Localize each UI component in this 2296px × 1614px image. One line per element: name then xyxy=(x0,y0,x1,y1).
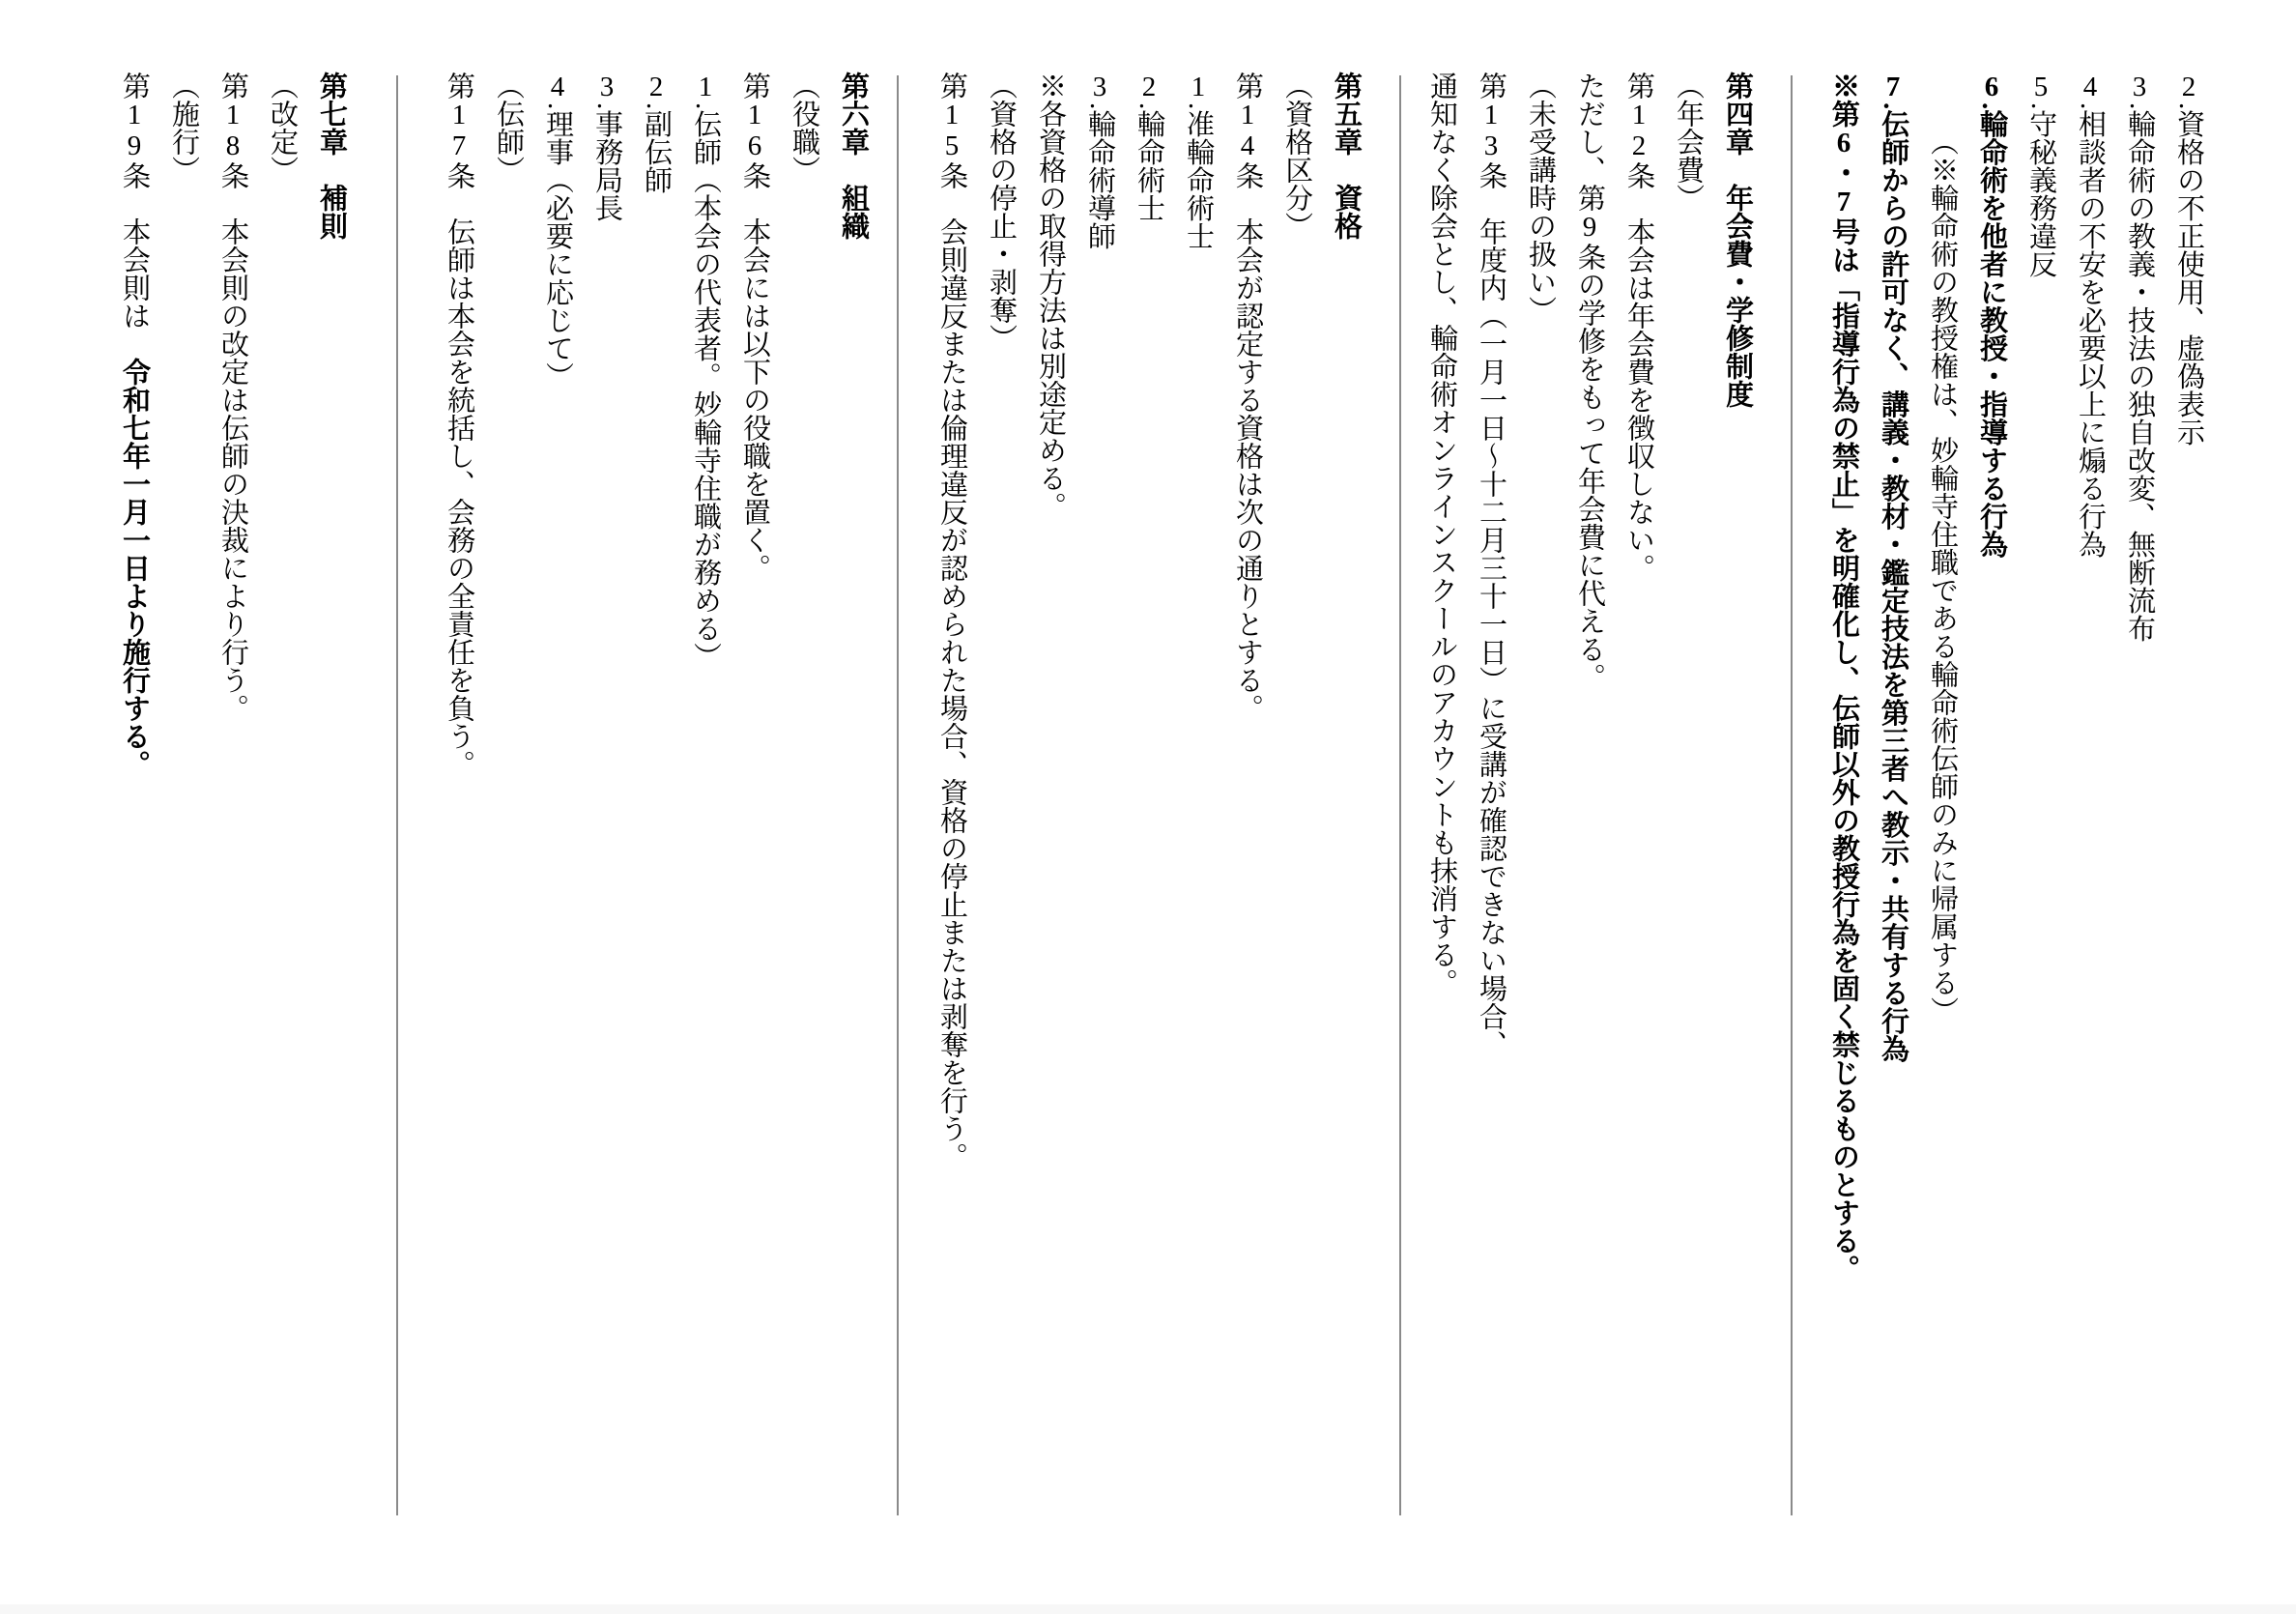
text-run: 3.事務局長 xyxy=(591,72,622,221)
text-run: 4.相談者の不安を必要以上に煽る行為 xyxy=(2075,72,2106,558)
page-chapter-7: 第七章 補則（改定）第18条 本会則の改定は伝師の決裁により行う。（施行）第19… xyxy=(0,0,396,1614)
document-sheet: 2.資格の不正使用、虚偽表示3.輪命術の教義・技法の独自改変、無断流布4.相談者… xyxy=(0,0,2296,1614)
chapter-heading: 第四章 年会費・学修制度 xyxy=(1712,72,1762,1614)
page-chapter-5: 第五章 資格（資格区分）第14条 本会が認定する資格は次の通りとする。1.准輪命… xyxy=(899,0,1399,1614)
text-run: 2.輪命術士 xyxy=(1134,72,1164,221)
text-run: 第13条 年度内（一月一日～十二月三十一日）に受講が確認できない場合、 xyxy=(1476,72,1507,1058)
text-run: 第六章 組織 xyxy=(838,72,869,240)
text-run: 1.伝師（本会の代表者。妙輪寺住職が務める） xyxy=(690,72,721,670)
list-item: 4.相談者の不安を必要以上に煽る行為 xyxy=(2065,72,2114,1614)
list-item: 2.副伝師 xyxy=(631,72,680,1614)
text-run: 2.副伝師 xyxy=(641,72,672,193)
section-label: （未受講時の扱い） xyxy=(1515,72,1564,1614)
list-item: 3.輪命術の教義・技法の独自改変、無断流布 xyxy=(2114,72,2164,1614)
note-text: （※輪命術の教授権は、妙輪寺住職である輪命術伝師のみに帰属する） xyxy=(1917,72,1966,1614)
text-run: 第14条 本会が認定する資格は次の通りとする。 xyxy=(1232,72,1263,722)
text-run: 第18条 本会則の改定は伝師の決裁により行う。 xyxy=(217,72,248,722)
bottom-edge-shade xyxy=(0,1604,2296,1614)
text-run: 第七章 補則 xyxy=(316,72,347,240)
text-run: ただし、第9条の学修をもって年会費に代える。 xyxy=(1574,72,1605,691)
text-run: 第12条 本会は年会費を徴収しない。 xyxy=(1623,72,1654,582)
article-text: 第15条 会則違反または倫理違反が認められた場合、資格の停止または剥奪を行う。 xyxy=(927,72,976,1614)
page-prohibited-acts: 2.資格の不正使用、虚偽表示3.輪命術の教義・技法の独自改変、無断流布4.相談者… xyxy=(1793,0,2296,1614)
section-label: （資格区分） xyxy=(1272,72,1321,1614)
text-run: （※輪命術の教授権は、妙輪寺住職である輪命術伝師のみに帰属する） xyxy=(1927,128,1958,1024)
text-run: ※各資格の取得方法は別途定める。 xyxy=(1035,72,1066,520)
list-item: 7.伝師からの許可なく、講義・教材・鑑定技法を第三者へ教示・共有する行為 xyxy=(1868,72,1917,1614)
article-text: 第19条 本会則は 令和七年一月一日より施行する。 xyxy=(109,72,158,1614)
text-run: 1.准輪命術士 xyxy=(1183,72,1214,249)
text-run: 3.輪命術の教義・技法の独自改変、無断流布 xyxy=(2124,72,2155,642)
document-canvas: 2.資格の不正使用、虚偽表示3.輪命術の教義・技法の独自改変、無断流布4.相談者… xyxy=(0,0,2296,1614)
article-text: 第17条 伝師は本会を統括し、会務の全責任を負う。 xyxy=(434,72,483,1614)
section-label: （伝師） xyxy=(483,72,532,1614)
article-text: ただし、第9条の学修をもって年会費に代える。 xyxy=(1564,72,1614,1614)
list-item: 5.守秘義務違反 xyxy=(2016,72,2065,1614)
text-run: 第17条 伝師は本会を統括し、会務の全責任を負う。 xyxy=(444,72,474,778)
list-item: 2.輪命術士 xyxy=(1124,72,1173,1614)
text-run: （伝師） xyxy=(493,72,524,184)
chapter-heading: 第七章 補則 xyxy=(306,72,356,1614)
list-item: 3.輪命術導師 xyxy=(1075,72,1124,1614)
page-chapter-4: 第四章 年会費・学修制度（年会費）第12条 本会は年会費を徴収しない。ただし、第… xyxy=(1401,0,1791,1614)
article-text: 第18条 本会則の改定は伝師の決裁により行う。 xyxy=(208,72,257,1614)
section-label: （改定） xyxy=(257,72,306,1614)
section-label: （役職） xyxy=(779,72,828,1614)
page-chapter-6: 第六章 組織（役職）第16条 本会には以下の役職を置く。1.伝師（本会の代表者。… xyxy=(398,0,897,1614)
text-run: 第五章 資格 xyxy=(1331,72,1362,240)
text-run: （資格区分） xyxy=(1281,72,1312,240)
text-run: 第15条 会則違反または倫理違反が認められた場合、資格の停止または剥奪を行う。 xyxy=(936,72,967,1170)
list-item: 4.理事（必要に応じて） xyxy=(532,72,582,1614)
article-text: 第14条 本会が認定する資格は次の通りとする。 xyxy=(1222,72,1272,1614)
text-run: 第四章 年会費・学修制度 xyxy=(1722,72,1753,408)
text-run: 通知なく除会とし、輪命術オンラインスクールのアカウントも抹消する。 xyxy=(1426,72,1457,996)
text-run: 第16条 本会には以下の役職を置く。 xyxy=(739,72,770,582)
article-text: 第16条 本会には以下の役職を置く。 xyxy=(730,72,779,1614)
chapter-heading: 第六章 組織 xyxy=(828,72,877,1614)
article-text: 第12条 本会は年会費を徴収しない。 xyxy=(1614,72,1663,1614)
text-run: 令和七年一月一日より施行する。 xyxy=(119,358,150,778)
text-run: 3.輪命術導師 xyxy=(1084,72,1115,249)
text-run: （未受講時の扱い） xyxy=(1525,72,1556,324)
list-item: 2.資格の不正使用、虚偽表示 xyxy=(2164,72,2213,1614)
text-run: 第19条 本会則は xyxy=(119,72,150,358)
note-text: ※第6・7号は「指導行為の禁止」を明確化し、伝師以外の教授行為を固く禁じるものと… xyxy=(1819,72,1868,1614)
chapter-heading: 第五章 資格 xyxy=(1321,72,1370,1614)
list-item: 1.准輪命術士 xyxy=(1173,72,1222,1614)
text-run: 6.輪命術を他者に教授・指導する行為 xyxy=(1976,72,2007,558)
article-text: 第13条 年度内（一月一日～十二月三十一日）に受講が確認できない場合、 xyxy=(1466,72,1515,1614)
note-text: ※各資格の取得方法は別途定める。 xyxy=(1025,72,1075,1614)
text-run: （役職） xyxy=(789,72,819,184)
text-run: 2.資格の不正使用、虚偽表示 xyxy=(2173,72,2204,446)
text-run: （改定） xyxy=(267,72,298,184)
text-run: ※第6・7号は「指導行為の禁止」を明確化し、伝師以外の教授行為を固く禁じるものと… xyxy=(1828,72,1859,1283)
list-item: 6.輪命術を他者に教授・指導する行為 xyxy=(1966,72,2016,1614)
text-run: （施行） xyxy=(168,72,199,184)
text-run: （年会費） xyxy=(1673,72,1704,212)
text-run: 5.守秘義務違反 xyxy=(2025,72,2056,277)
text-run: （資格の停止・剥奪） xyxy=(986,72,1017,352)
continuation-text: 通知なく除会とし、輪命術オンラインスクールのアカウントも抹消する。 xyxy=(1417,72,1466,1614)
list-item: 3.事務局長 xyxy=(582,72,631,1614)
text-run: 4.理事（必要に応じて） xyxy=(542,72,573,389)
text-run: 7.伝師からの許可なく、講義・教材・鑑定技法を第三者へ教示・共有する行為 xyxy=(1878,72,1909,1062)
list-item: 1.伝師（本会の代表者。妙輪寺住職が務める） xyxy=(680,72,730,1614)
section-label: （資格の停止・剥奪） xyxy=(976,72,1025,1614)
section-label: （年会費） xyxy=(1663,72,1712,1614)
section-label: （施行） xyxy=(158,72,208,1614)
